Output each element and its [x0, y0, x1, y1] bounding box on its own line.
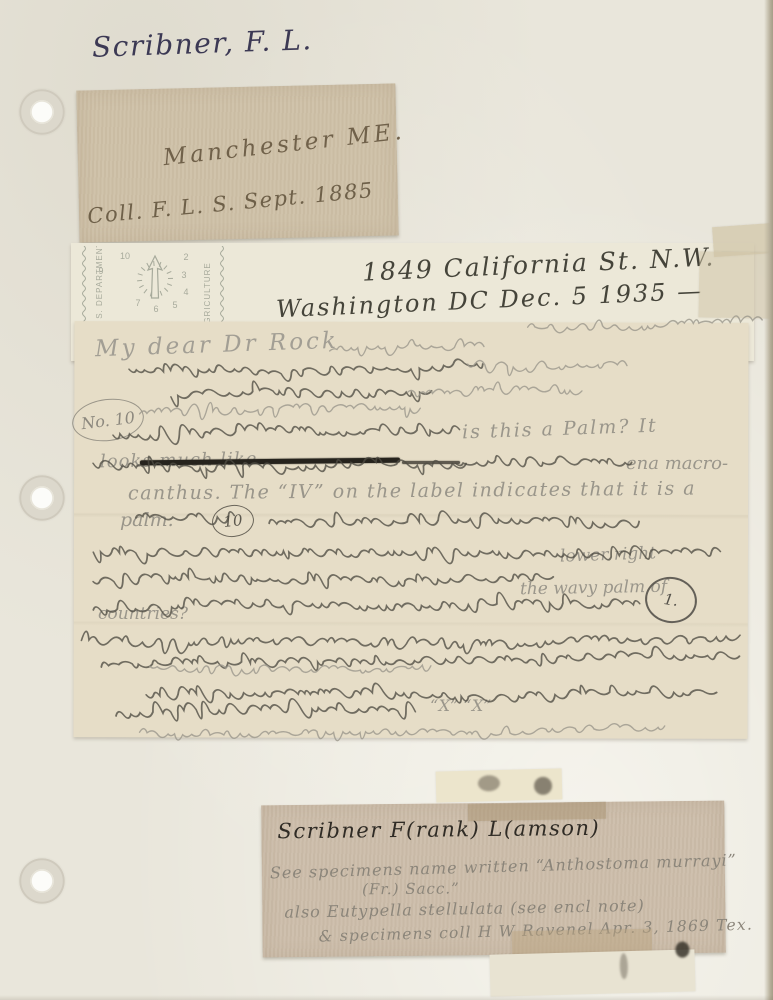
tape-above-annotation	[436, 768, 563, 802]
usda-letterhead-imprint: U. S. DEPARTMENT AGRICULTURE 10 9 7 6 5 …	[78, 246, 228, 332]
collection-location: Manchester ME.	[162, 121, 406, 171]
hole-punch-bottom	[19, 858, 65, 904]
scan-edge-right	[764, 0, 773, 1000]
tape-top-right-b	[698, 251, 772, 318]
dial-tick	[164, 288, 168, 292]
hole-punch-middle	[19, 475, 65, 521]
page-heading: Scribner, F. L.	[92, 26, 314, 62]
dial-number-10: 10	[120, 251, 130, 261]
annotation-note-line-1: See specimens name written “Anthostoma m…	[270, 852, 737, 881]
dial-tick	[139, 285, 143, 287]
tape-stain	[675, 941, 689, 957]
dial-tick	[164, 266, 167, 270]
tape-stain	[534, 777, 552, 795]
dial-tick	[137, 280, 142, 281]
dial-tick	[160, 291, 162, 296]
tape-on-annotation-top	[468, 802, 606, 821]
dial-tick	[167, 271, 172, 273]
dial-number-9: 9	[98, 266, 103, 276]
dial-tick	[141, 267, 145, 270]
hole-punch-top	[19, 89, 65, 135]
scan-page: Scribner, F. L. Manchester ME. Coll. F. …	[0, 0, 773, 1000]
dial-number-4: 4	[183, 287, 188, 297]
collection-label-card: Manchester ME. Coll. F. L. S. Sept. 1885	[76, 83, 398, 242]
dial-ticks	[137, 261, 173, 296]
dial-tick	[147, 263, 149, 267]
collection-collector-line: Coll. F. L. S. Sept. 1885	[87, 180, 375, 227]
dial-number-3: 3	[181, 270, 186, 280]
dial-number-7: 7	[135, 298, 140, 308]
annotation-note-line-2: (Fr.) Sacc.”	[362, 881, 460, 897]
tape-stain	[478, 775, 500, 792]
dial-tick	[144, 289, 147, 293]
letterhead-right-text: AGRICULTURE	[203, 262, 212, 330]
letter-sheet-overlay	[73, 321, 748, 739]
letterhead-left-text: U. S. DEPARTMENT	[95, 246, 104, 332]
annotation-label-card: Scribner F(rank) L(amson) See specimens …	[261, 801, 726, 958]
letterhead-right-border	[221, 246, 224, 332]
annotation-note-line-3: also Eutypella stellulata (see encl note…	[284, 898, 645, 921]
annotation-name-line: Scribner F(rank) L(amson)	[277, 818, 600, 842]
dial-number-6: 6	[153, 304, 158, 314]
dial-tick	[167, 284, 172, 286]
letterhead-left-border	[83, 246, 86, 332]
dial-tick	[138, 274, 143, 276]
tape-annotation-bottom-white	[489, 949, 695, 996]
scan-edge-bottom	[0, 995, 773, 1000]
dial-number-5: 5	[172, 300, 177, 310]
tape-stain	[619, 953, 628, 979]
dial-number-2: 2	[183, 252, 188, 262]
